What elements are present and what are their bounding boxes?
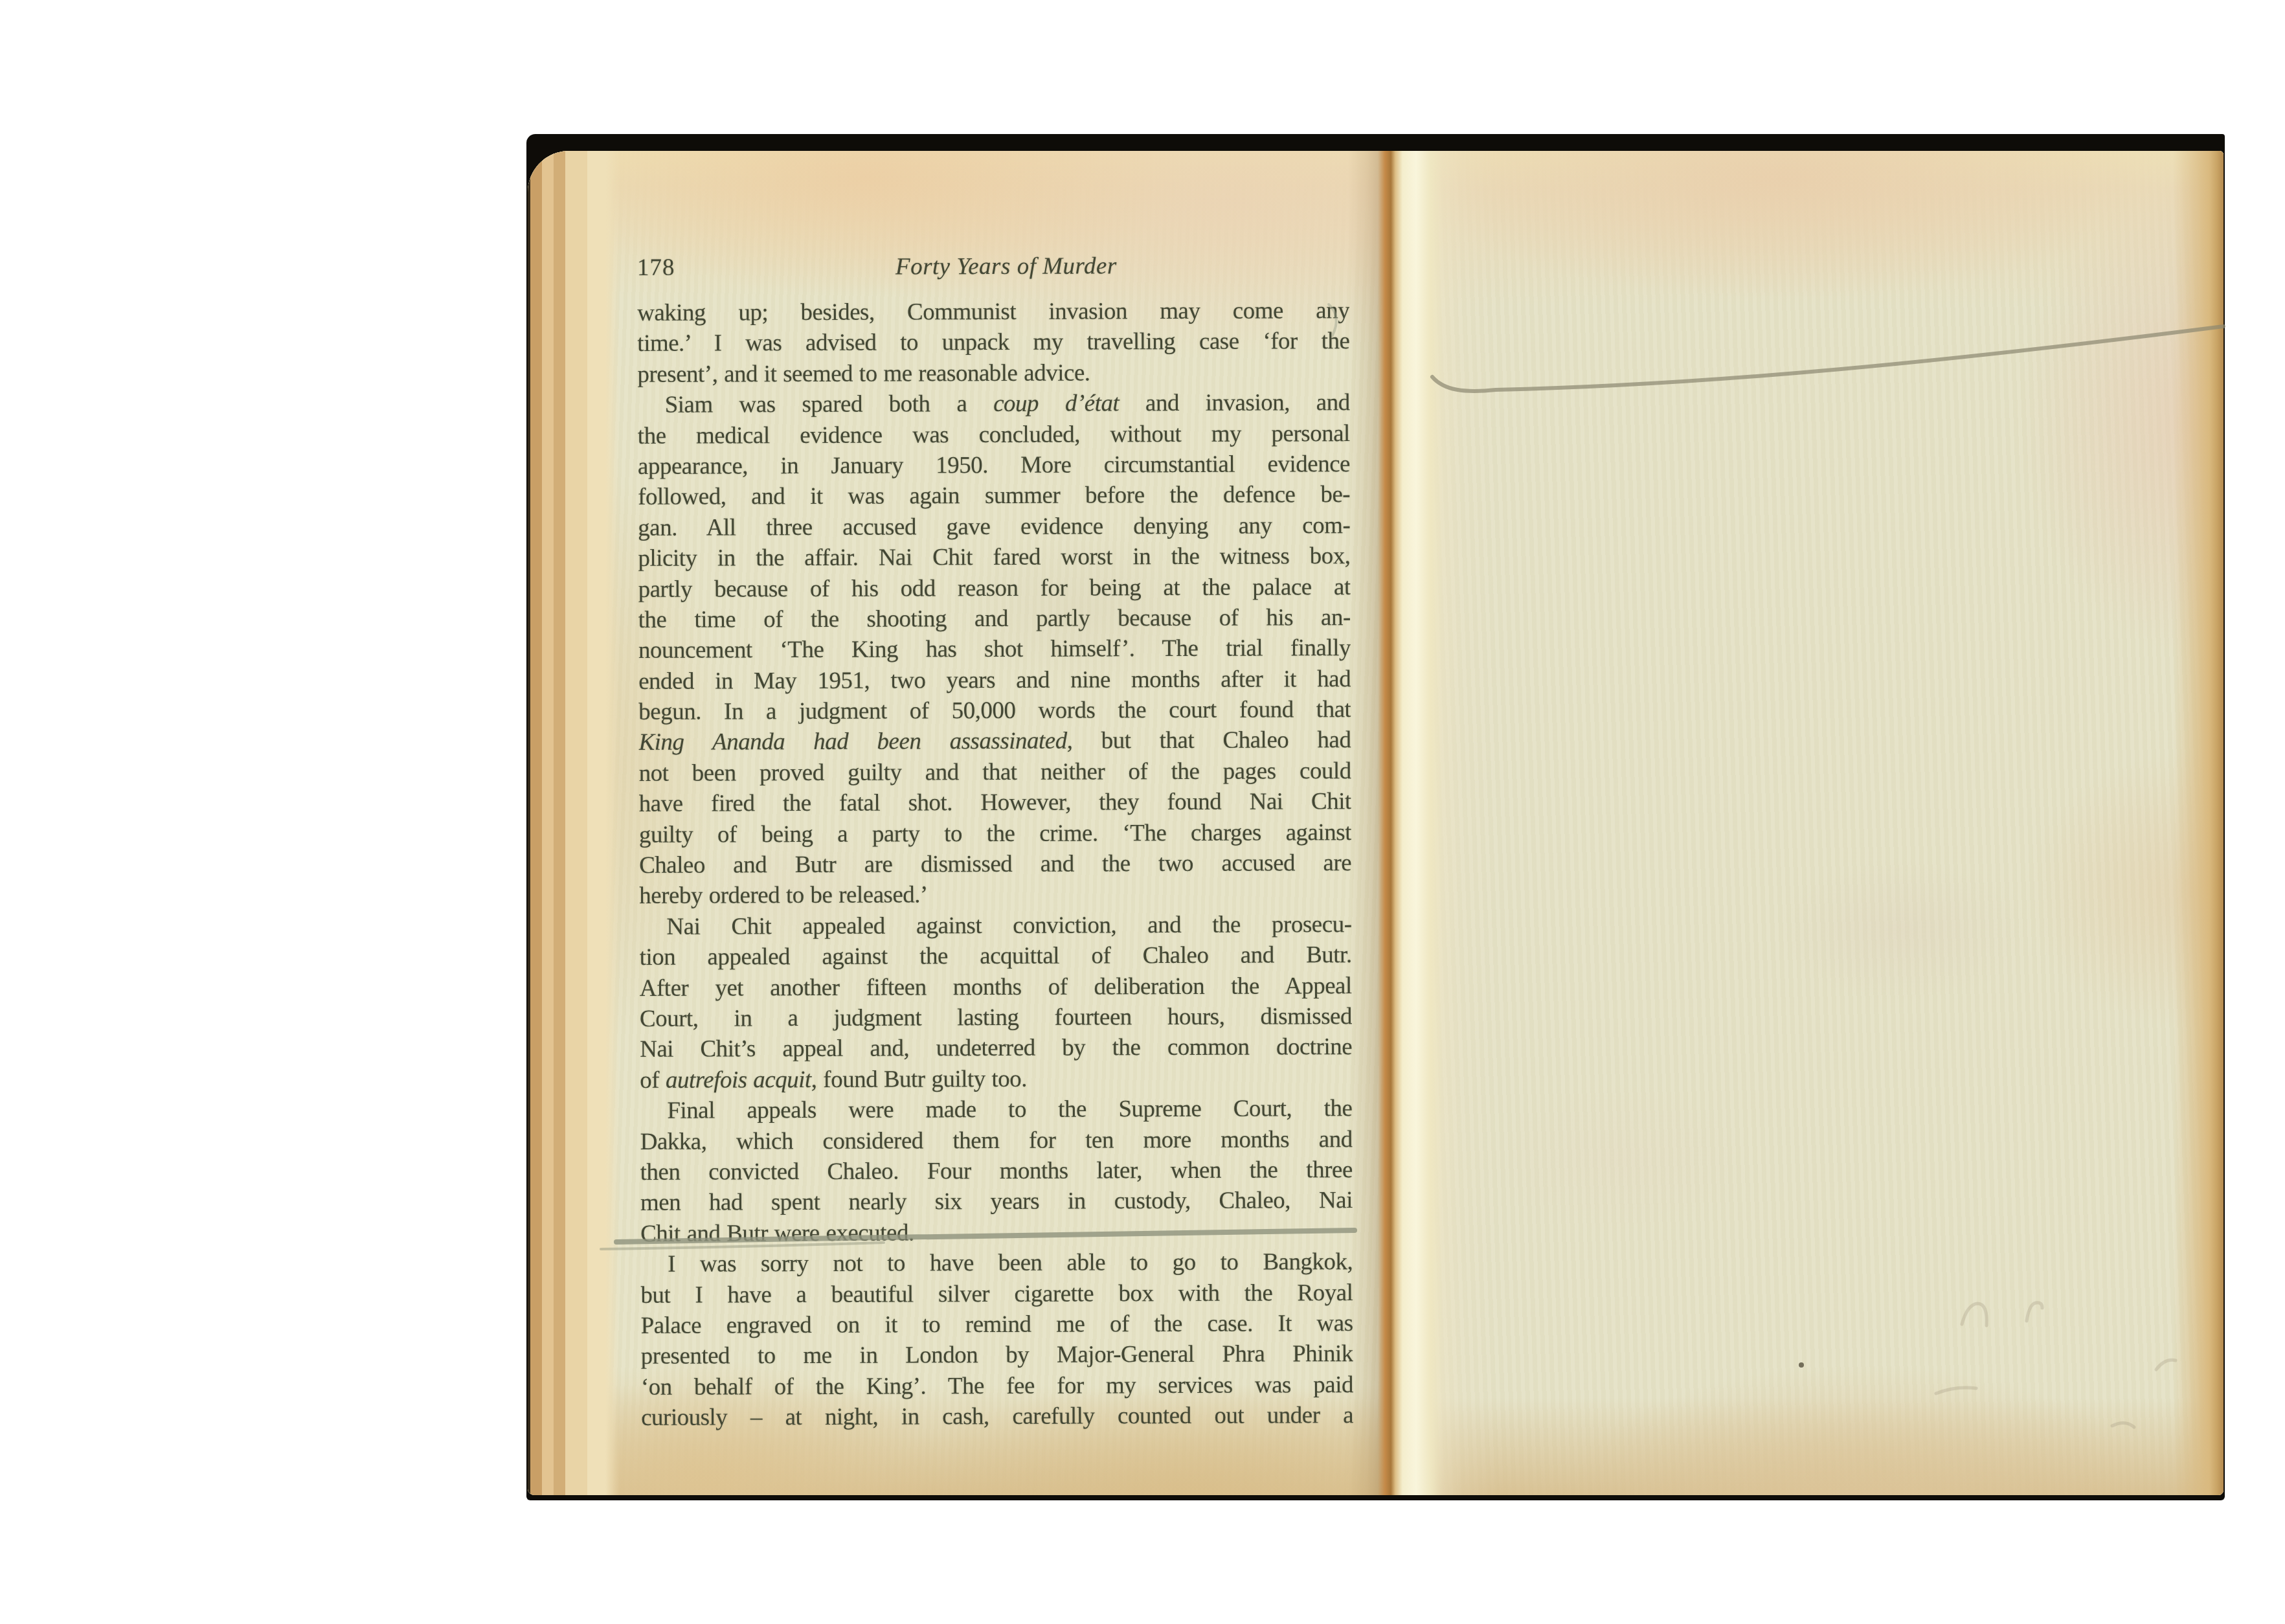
text-line: appearance, in January 1950. More circum… — [638, 449, 1350, 482]
text-line: Final appeals were made to the Supreme C… — [640, 1093, 1352, 1126]
text-line: present’, and it seemed to me reasonable… — [637, 357, 1349, 390]
text-line: gan. All three accused gave evidence den… — [638, 510, 1350, 543]
page-fore-edge — [528, 151, 620, 1495]
text-line: presented to me in London by Major-Gener… — [641, 1338, 1353, 1371]
text-line: ended in May 1951, two years and nine mo… — [638, 664, 1351, 697]
left-page-header: 178 Forty Years of Murder — [637, 250, 1349, 283]
spine-gutter — [1348, 151, 1498, 1495]
text-line: begun. In a judgment of 50,000 words the… — [638, 694, 1351, 727]
text-line: waking up; besides, Communist invasion m… — [637, 295, 1349, 328]
text-line: I was sorry not to have been able to go … — [640, 1246, 1353, 1280]
text-line: Court, in a judgment lasting fourteen ho… — [640, 1001, 1352, 1034]
text-line: ‘on behalf of the King’. The fee for my … — [641, 1370, 1353, 1403]
text-line: Dakka, which considered them for ten mor… — [640, 1124, 1353, 1157]
text-line: plicity in the affair. Nai Chit fared wo… — [638, 541, 1350, 574]
text-line: tion appealed against the acquittal of C… — [640, 940, 1352, 973]
text-line: After yet another fifteen months of deli… — [640, 971, 1352, 1004]
text-line: men had spent nearly six years in custod… — [640, 1185, 1353, 1218]
text-line: Chit and Butr were executed. — [640, 1216, 1353, 1249]
page-number: 178 — [637, 253, 675, 283]
open-pages: 178 Forty Years of Murder waking up; bes… — [528, 151, 2223, 1495]
text-line: Chaleo and Butr are dismissed and the tw… — [639, 848, 1351, 881]
text-line: but I have a beautiful silver cigarette … — [640, 1278, 1353, 1311]
text-line: time.’ I was advised to unpack my travel… — [637, 326, 1349, 359]
book-spread: 178 Forty Years of Murder waking up; bes… — [526, 134, 2225, 1500]
left-page-text: 178 Forty Years of Murder waking up; bes… — [637, 250, 1353, 1433]
text-line: have fired the fatal shot. However, they… — [639, 786, 1351, 819]
text-line: followed, and it was again summer before… — [638, 479, 1350, 512]
text-line: King Ananda had been assassinated, but t… — [638, 725, 1351, 758]
text-line: not been proved guilty and that neither … — [639, 756, 1351, 789]
text-line: guilty of being a party to the crime. ‘T… — [639, 817, 1351, 850]
body-text: waking up; besides, Communist invasion m… — [637, 295, 1353, 1433]
text-line: Siam was spared both a coup d’état and i… — [638, 387, 1350, 420]
page-outer-edge — [2173, 151, 2223, 1495]
text-line: of autrefois acquit, found Butr guilty t… — [640, 1063, 1352, 1096]
text-line: the medical evidence was concluded, with… — [638, 418, 1350, 451]
text-line: Nai Chit appealed against conviction, an… — [639, 909, 1351, 942]
text-line: Palace engraved on it to remind me of th… — [641, 1308, 1353, 1341]
text-line: then convicted Chaleo. Four months later… — [640, 1155, 1353, 1188]
running-title: Forty Years of Murder — [637, 250, 1349, 283]
right-page: The Violent Death of King Ananda of Siam… — [1419, 151, 2223, 1495]
text-line: partly because of his odd reason for bei… — [638, 572, 1351, 605]
text-line: hereby ordered to be released.’ — [639, 879, 1351, 912]
scanned-book-photo: { "canvas": {"background": "#ffffff"}, "… — [0, 0, 2285, 1624]
text-line: curiously – at night, in cash, carefully… — [641, 1400, 1353, 1433]
left-page: 178 Forty Years of Murder waking up; bes… — [528, 151, 1419, 1495]
text-line: nouncement ‘The King has shot himself’. … — [638, 633, 1351, 666]
text-line: Nai Chit’s appeal and, undeterred by the… — [640, 1032, 1352, 1065]
text-line: the time of the shooting and partly beca… — [638, 602, 1351, 635]
